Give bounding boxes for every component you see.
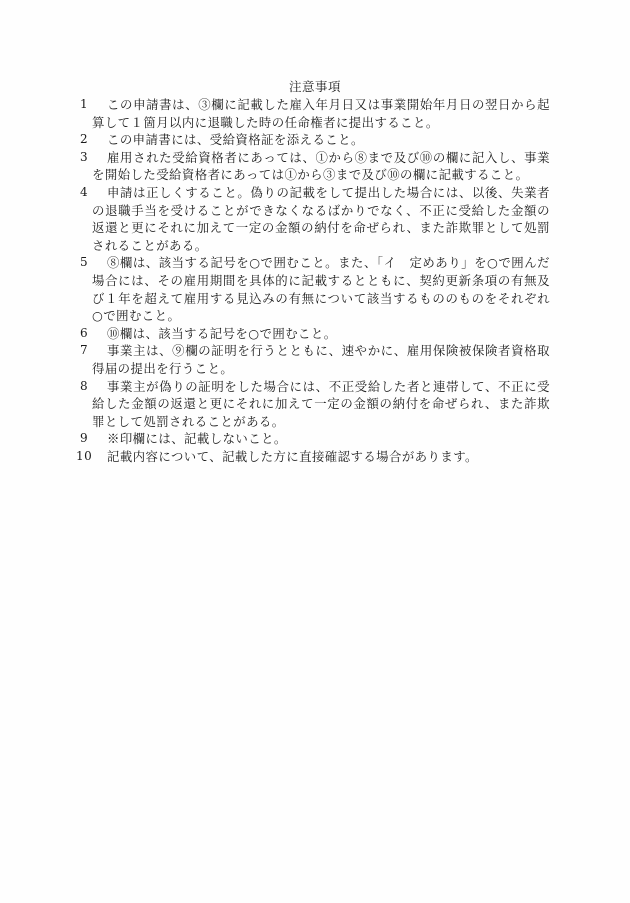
page-title: 注意事項 — [80, 78, 550, 96]
note-item-1: 1 この申請書は、③欄に記載した雇入年月日又は事業開始年月日の翌日から起算して１… — [80, 96, 550, 131]
item-text: この申請書は、③欄に記載した雇入年月日又は事業開始年月日の翌日から起算して１箇月… — [92, 96, 550, 131]
note-item-7: 7 事業主は、⑨欄の証明を行うとともに、速やかに、雇用保険被保険者資格取得届の提… — [80, 342, 550, 377]
item-text: 事業主が偽りの証明をした場合には、不正受給した者と連帯して、不正に受給した金額の… — [92, 378, 550, 431]
item-text: ※印欄には、記載しないこと。 — [92, 430, 550, 448]
note-item-5: 5 ⑧欄は、該当する記号を○で囲むこと。また、「イ 定めあり」を○で囲んだ場合に… — [80, 254, 550, 324]
item-text: 記載内容について、記載した方に直接確認する場合があります。 — [92, 448, 550, 466]
item-number: 10 — [76, 448, 92, 466]
note-item-8: 8 事業主が偽りの証明をした場合には、不正受給した者と連帯して、不正に受給した金… — [80, 378, 550, 431]
note-item-9: 9 ※印欄には、記載しないこと。 — [80, 430, 550, 448]
item-text: 申請は正しくすること。偽りの記載をして提出した場合には、以後、失業者の退職手当を… — [92, 184, 550, 254]
item-number: 4 — [80, 184, 88, 202]
item-number: 5 — [80, 254, 88, 272]
item-text: ⑧欄は、該当する記号を○で囲むこと。また、「イ 定めあり」を○で囲んだ場合には、… — [92, 254, 550, 324]
item-number: 1 — [80, 96, 88, 114]
item-number: 6 — [80, 325, 88, 343]
notes-page: 注意事項 1 この申請書は、③欄に記載した雇入年月日又は事業開始年月日の翌日から… — [80, 78, 550, 465]
item-number: 7 — [80, 342, 88, 360]
item-text: この申請書には、受給資格証を添えること。 — [92, 131, 550, 149]
item-number: 3 — [80, 149, 88, 167]
note-item-3: 3 雇用された受給資格者にあっては、①から⑧まで及び⑩の欄に記入し、事業を開始し… — [80, 149, 550, 184]
note-item-6: 6 ⑩欄は、該当する記号を○で囲むこと。 — [80, 325, 550, 343]
item-text: 事業主は、⑨欄の証明を行うとともに、速やかに、雇用保険被保険者資格取得届の提出を… — [92, 342, 550, 377]
note-item-2: 2 この申請書には、受給資格証を添えること。 — [80, 131, 550, 149]
note-item-4: 4 申請は正しくすること。偽りの記載をして提出した場合には、以後、失業者の退職手… — [80, 184, 550, 254]
item-text: 雇用された受給資格者にあっては、①から⑧まで及び⑩の欄に記入し、事業を開始した受… — [92, 149, 550, 184]
item-text: ⑩欄は、該当する記号を○で囲むこと。 — [92, 325, 550, 343]
note-item-10: 10 記載内容について、記載した方に直接確認する場合があります。 — [80, 448, 550, 466]
item-number: 8 — [80, 378, 88, 396]
item-number: 2 — [80, 131, 88, 149]
item-number: 9 — [80, 430, 88, 448]
